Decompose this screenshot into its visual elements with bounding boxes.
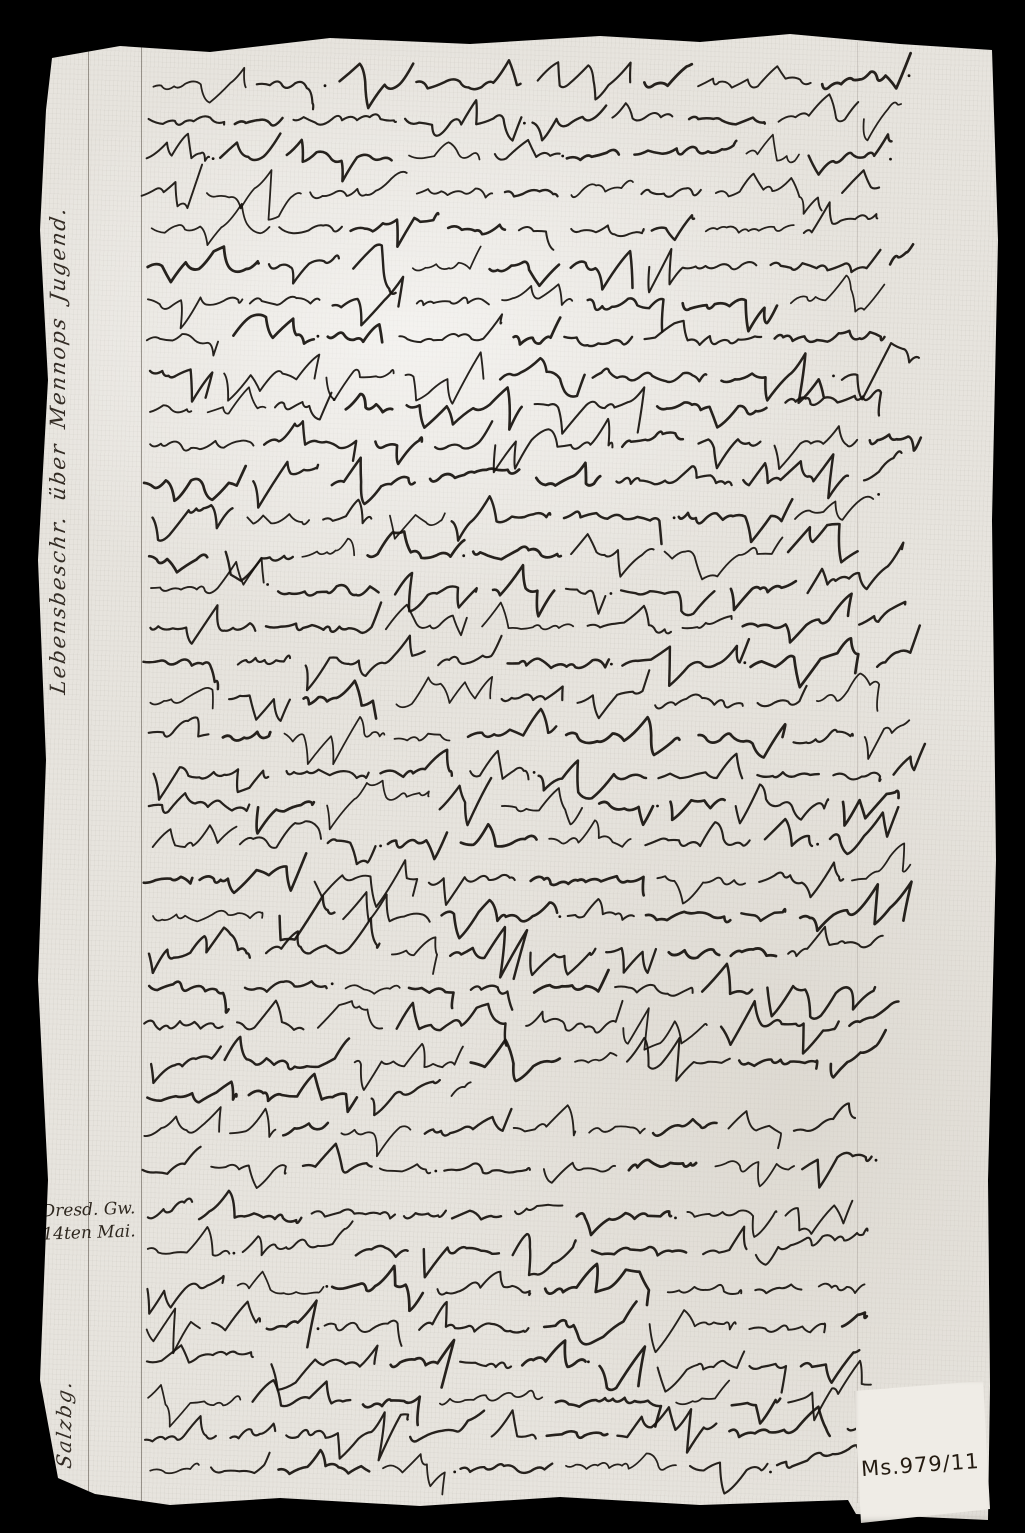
- shelfmark-label: Ms.979/11: [860, 1449, 980, 1481]
- underlying-page-corner: Ms.979/11: [851, 1381, 990, 1523]
- scan-background: Lebensbeschr. über Mennops Jugend. Salzb…: [0, 0, 1025, 1533]
- handwritten-body-text: [0, 0, 1025, 1533]
- manuscript-page: Lebensbeschr. über Mennops Jugend. Salzb…: [0, 0, 1025, 1533]
